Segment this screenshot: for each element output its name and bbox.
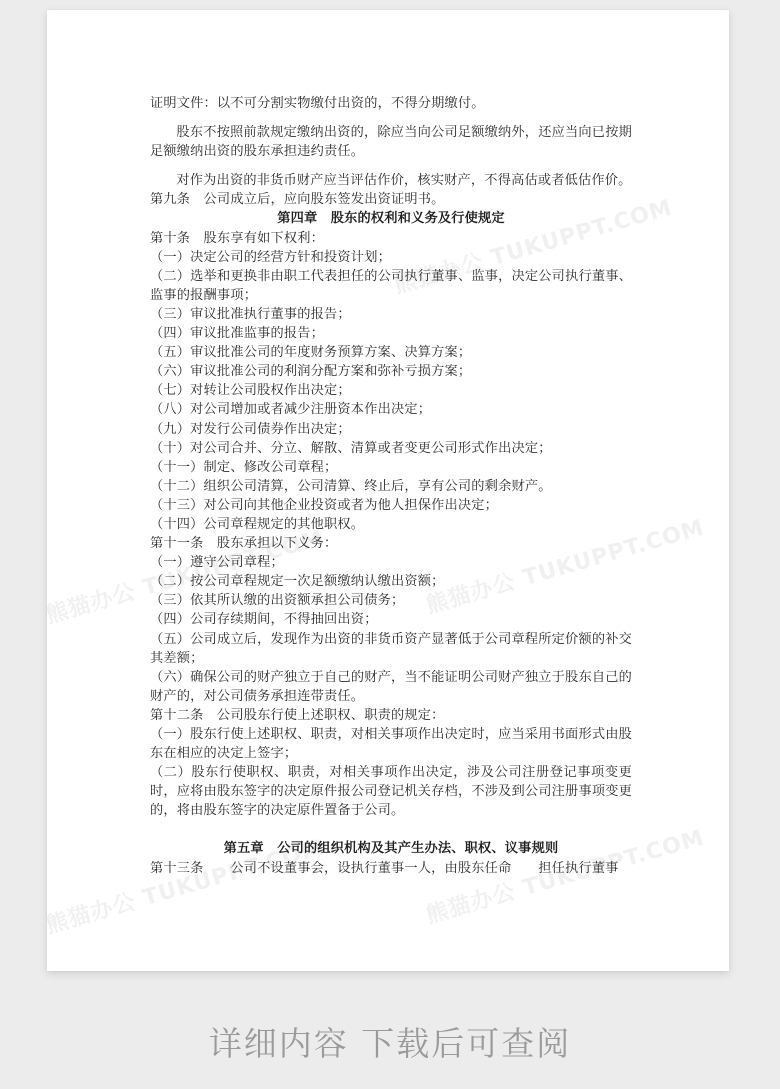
article-11: 第十一条 股东承担以下义务： <box>150 534 632 553</box>
list-item: （四）审议批准监事的报告； <box>150 324 632 343</box>
list-item: （十一）制定、修改公司章程； <box>150 458 632 477</box>
chapter-4-heading: 第四章 股东的权利和义务及行使规定 <box>150 209 632 228</box>
article-10: 第十条 股东享有如下权利： <box>150 229 632 248</box>
list-item: （四）公司存续期间，不得抽回出资； <box>150 610 632 629</box>
document-body: 证明文件：以不可分割实物缴付出资的，不得分期缴付。 股东不按照前款规定缴纳出资的… <box>150 94 632 878</box>
list-item: （十三）对公司向其他企业投资或者为他人担保作出决定； <box>150 496 632 515</box>
list-item: （一）遵守公司章程； <box>150 553 632 572</box>
list-item: （二）按公司章程规定一次足额缴纳认缴出资额； <box>150 572 632 591</box>
list-item: （三）依其所认缴的出资额承担公司债务； <box>150 591 632 610</box>
list-item: （十二）组织公司清算，公司清算、终止后，享有公司的剩余财产。 <box>150 477 632 496</box>
list-item: （五）公司成立后，发现作为出资的非货币资产显著低于公司章程所定价额的补交其差额； <box>150 630 632 668</box>
list-item: （九）对发行公司债券作出决定； <box>150 420 632 439</box>
list-item: （八）对公司增加或者减少注册资本作出决定； <box>150 400 632 419</box>
article-9: 第九条 公司成立后，应向股东签发出资证明书。 <box>150 190 632 209</box>
list-item: （三）审议批准执行董事的报告； <box>150 305 632 324</box>
document-page: 熊猫办公 TUKUPPT.COM 熊猫办公 TUKUPPT.COM 熊猫办公 T… <box>47 10 729 971</box>
list-item: （五）审议批准公司的年度财务预算方案、决算方案； <box>150 343 632 362</box>
list-item: （一）股东行使上述职权、职责，对相关事项作出决定时，应当采用书面形式由股东在相应… <box>150 725 632 763</box>
paragraph: 证明文件：以不可分割实物缴付出资的，不得分期缴付。 <box>150 94 632 113</box>
article-12: 第十二条 公司股东行使上述职权、职责的规定： <box>150 706 632 725</box>
article-13: 第十三条 公司不设董事会，设执行董事一人，由股东任命 担任执行董事 <box>150 859 632 878</box>
download-prompt: 详细内容 下载后可查阅 <box>0 1018 780 1065</box>
paragraph: 股东不按照前款规定缴纳出资的，除应当向公司足额缴纳外，还应当向已按期足额缴纳出资… <box>150 123 632 161</box>
list-item: （二）股东行使职权、职责，对相关事项作出决定，涉及公司注册登记事项变更时，应将由… <box>150 763 632 820</box>
list-item: （一）决定公司的经营方针和投资计划； <box>150 248 632 267</box>
chapter-5-heading: 第五章 公司的组织机构及其产生办法、职权、议事规则 <box>150 839 632 858</box>
list-item: （六）确保公司的财产独立于自己的财产，当不能证明公司财产独立于股东自己的财产的，… <box>150 668 632 706</box>
list-item: （十四）公司章程规定的其他职权。 <box>150 515 632 534</box>
list-item: （七）对转让公司股权作出决定； <box>150 381 632 400</box>
paragraph: 对作为出资的非货币财产应当评估作价，核实财产，不得高估或者低估作价。 <box>150 171 632 190</box>
list-item: （六）审议批准公司的利润分配方案和弥补亏损方案； <box>150 362 632 381</box>
list-item: （十）对公司合并、分立、解散、清算或者变更公司形式作出决定； <box>150 439 632 458</box>
list-item: （二）选举和更换非由职工代表担任的公司执行董事、监事，决定公司执行董事、监事的报… <box>150 267 632 305</box>
